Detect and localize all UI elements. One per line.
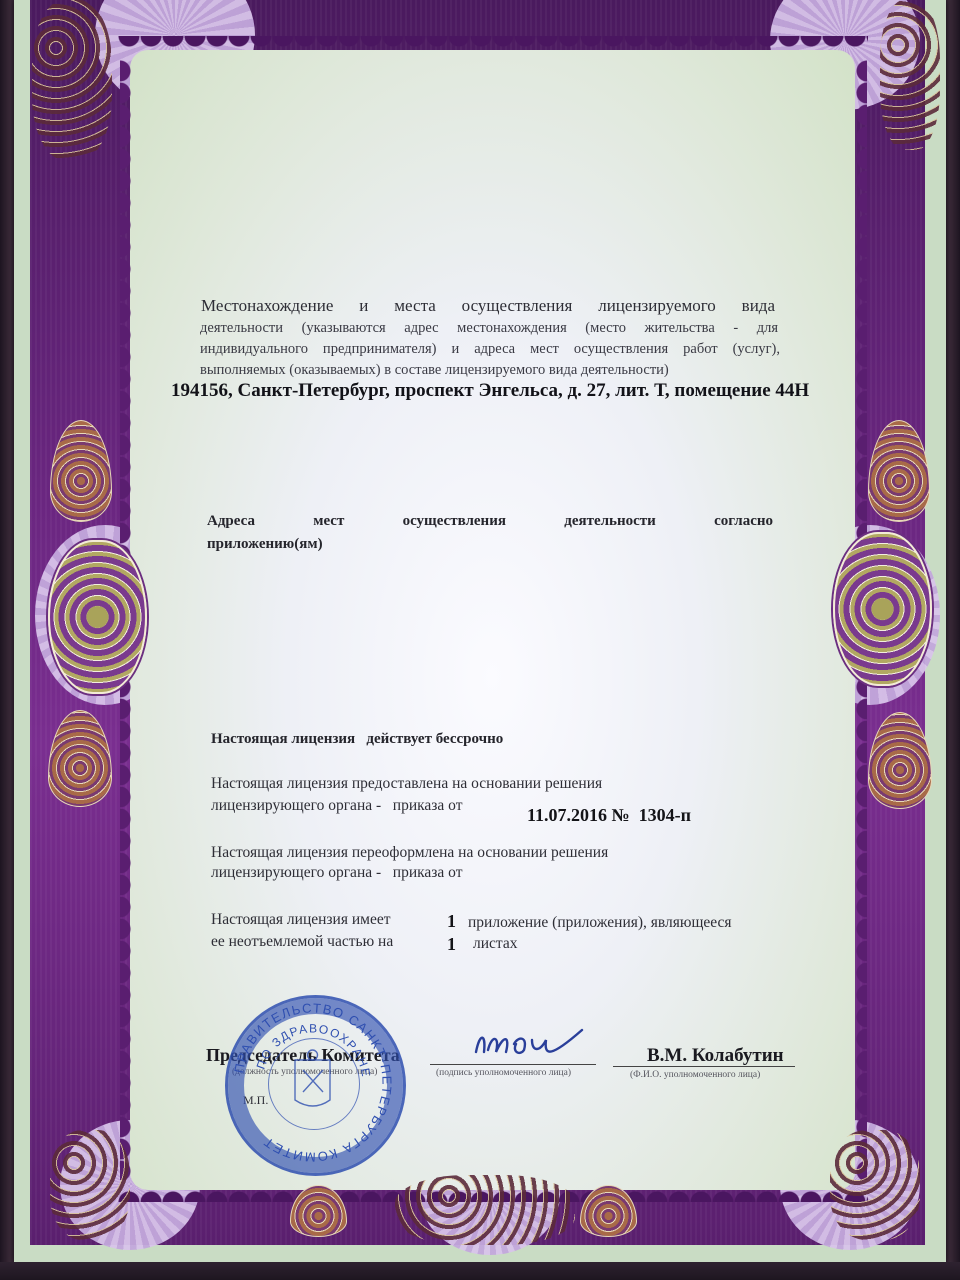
name-caption: (Ф.И.О. уполномоченного лица) — [630, 1070, 760, 1080]
validity-statement: Настоящая лицензия действует бессрочно — [211, 731, 503, 748]
location-heading-line1: Местонахождение и места осуществления ли… — [201, 296, 775, 316]
validity-label: Настоящая лицензия — [211, 731, 355, 747]
license-text: Местонахождение и места осуществления ли… — [0, 0, 960, 1280]
location-heading-line4: выполняемых (оказываемых) в составе лице… — [200, 360, 669, 381]
license-address: 194156, Санкт-Петербург, проспект Энгель… — [171, 380, 809, 402]
granted-basis-line1: Настоящая лицензия предоставлена на осно… — [211, 775, 602, 793]
location-heading-line2: деятельности (указываются адрес местонах… — [200, 318, 778, 339]
name-line — [613, 1066, 795, 1067]
appendix-count: 1 — [447, 911, 456, 932]
signature-caption: (подпись уполномоченного лица) — [436, 1068, 571, 1078]
granted-basis-line2: лицензирующего органа - приказа от — [211, 797, 463, 815]
appendix-info-line1-suffix: приложение (приложения), являющееся — [468, 914, 732, 932]
sheet-count: 1 — [447, 934, 456, 955]
appendix-info-line1-prefix: Настоящая лицензия имеет — [211, 911, 390, 929]
order-number: 11.07.2016 № 1304-п — [527, 805, 691, 826]
handwritten-signature — [470, 1022, 590, 1067]
appendix-info-line2-suffix: листах — [473, 935, 518, 953]
appendix-addresses-line1: Адреса мест осуществления деятельности с… — [207, 513, 773, 530]
validity-value: действует бессрочно — [366, 731, 503, 747]
signatory-name: В.М. Колабутин — [647, 1045, 784, 1067]
reissued-basis-line1: Настоящая лицензия переоформлена на осно… — [211, 844, 608, 862]
appendix-addresses-line2: приложению(ям) — [207, 536, 323, 553]
appendix-info-line2-prefix: ее неотъемлемой частью на — [211, 933, 393, 951]
location-heading-line3: индивидуального предпринимателя) и адрес… — [200, 339, 780, 360]
official-seal-text: ПРАВИТЕЛЬСТВО САНКТ-ПЕТЕРБУРГА КОМИТЕТ П… — [225, 995, 400, 1170]
reissued-basis-line2: лицензирующего органа - приказа от — [211, 864, 463, 882]
